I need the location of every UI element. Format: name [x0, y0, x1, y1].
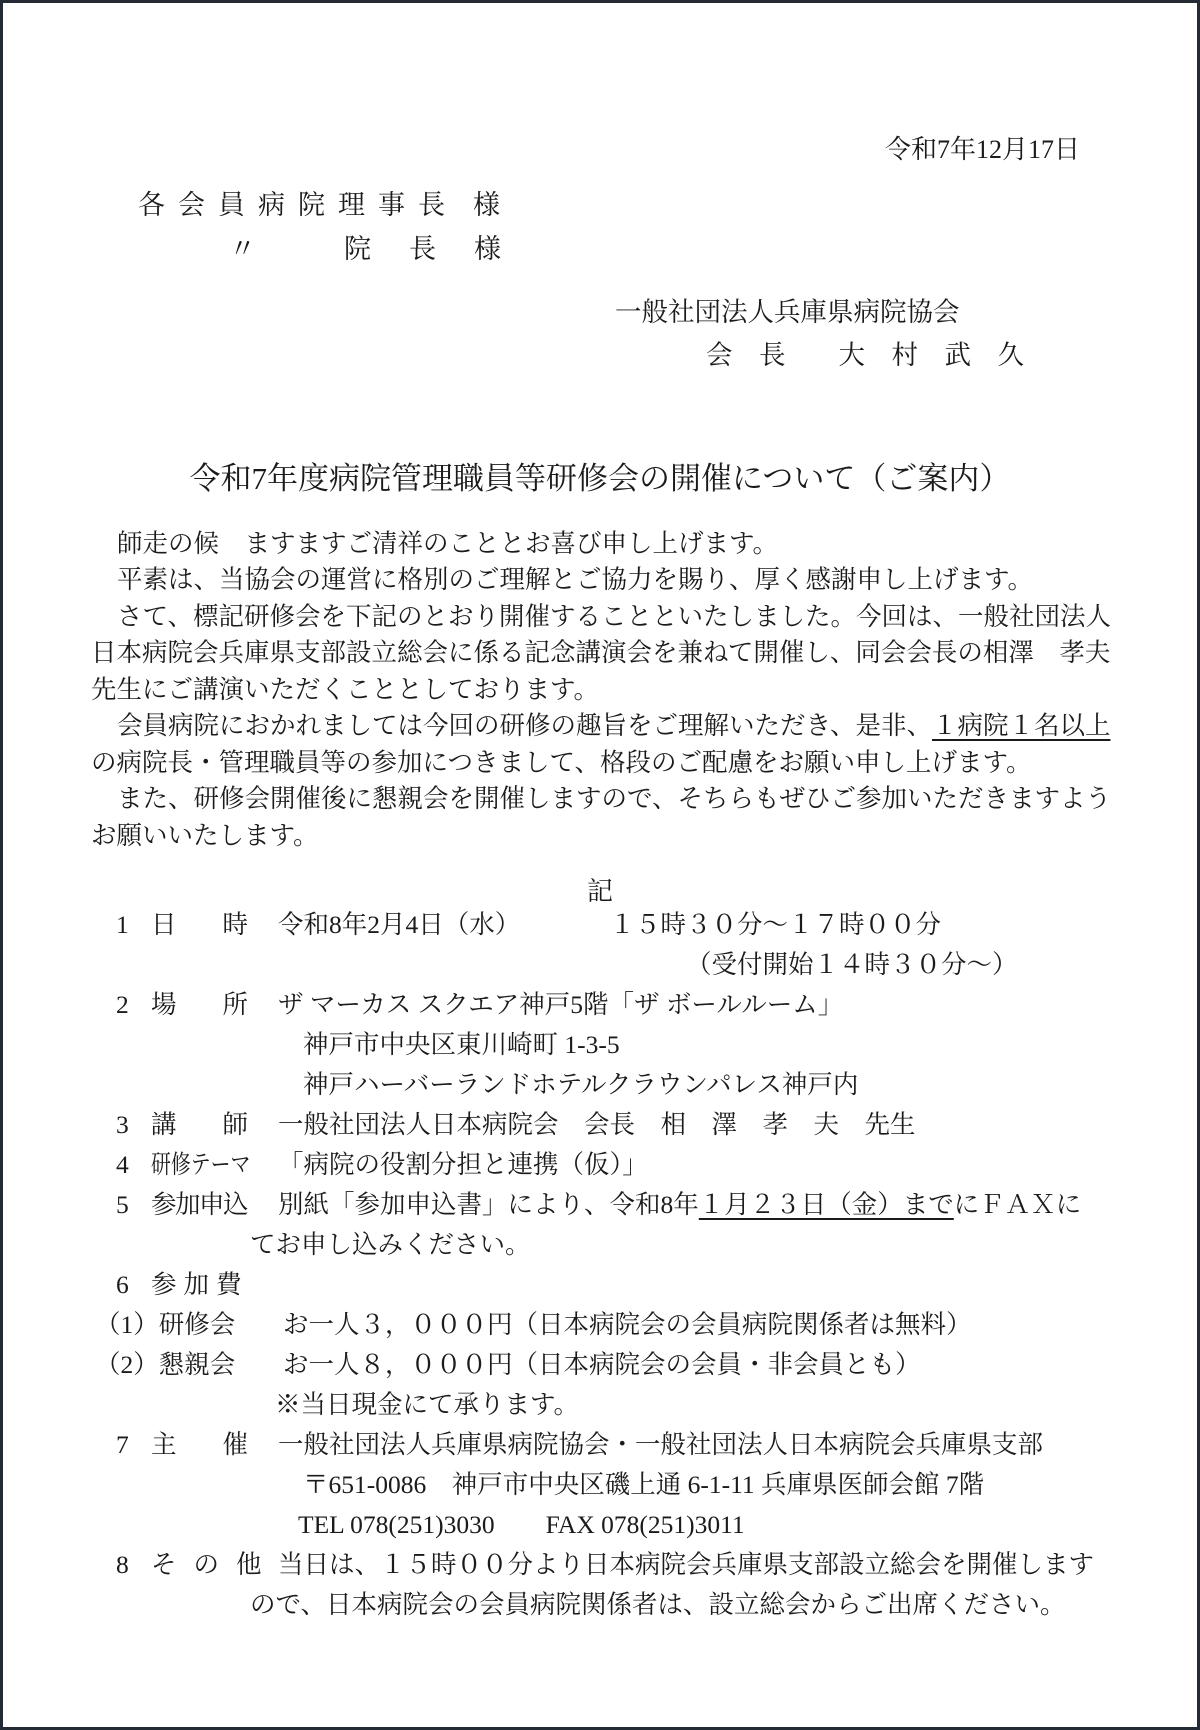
letter-page: 令和7年12月17日 各会員病院理事長様 〃 院長様 一般社団法人兵庫県病院協会…	[0, 0, 1200, 1730]
paragraph-main-line3: 先生にご講演いただくこととしております。	[91, 673, 599, 706]
item-5-content-pre: 別紙「参加申込書」により、令和8年	[278, 1190, 699, 1219]
item-6-sub1-seminar-fee: （1）研修会 お一人３，０００円（日本病院会の会員病院関係者は無料）	[3, 1308, 1197, 1348]
item-5-label: 参加申込	[151, 1188, 247, 1221]
item-7-number: 7	[116, 1428, 129, 1461]
item-3-lecturer: 3 講師 一般社団法人日本病院会 会長 相 澤 孝 夫 先生	[3, 1108, 1197, 1148]
item-1-number: 1	[116, 908, 129, 941]
item-6-number: 6	[116, 1268, 129, 1301]
underlined-deadline: １月２３日（金）まで	[699, 1190, 954, 1219]
item-6-sub2-content: お一人８，０００円（日本病院会の会員・非会員とも）	[283, 1348, 921, 1381]
item-2-address-line1: 神戸市中央区東川崎町 1-3-5	[303, 1028, 620, 1061]
sender-organization: 一般社団法人兵庫県病院協会	[615, 290, 960, 329]
item-2-number: 2	[116, 988, 129, 1021]
paragraph-main-line1: さて、標記研修会を下記のとおり開催することといたしました。今回は、一般社団法人	[117, 600, 1111, 633]
item-8-content: 当日は、１５時００分より日本病院会兵庫県支部設立総会を開催します	[278, 1548, 1094, 1581]
item-5-application: 5 参加申込 別紙「参加申込書」により、令和8年１月２３日（金）までにＦＡＸに	[3, 1188, 1197, 1228]
item-5-content-continuation: てお申し込みください。	[250, 1228, 531, 1261]
item-2-label: 場所	[151, 988, 294, 1021]
ditto-mark: 〃	[229, 227, 256, 266]
item-5-number: 5	[116, 1188, 129, 1221]
item-1-label: 日時	[151, 908, 294, 941]
item-7-label: 主催	[151, 1428, 294, 1461]
item-6-label: 参加費	[151, 1268, 249, 1301]
item-8-content-continuation: ので、日本病院会の会員病院関係者は、設立総会からご出席ください。	[250, 1588, 1066, 1621]
paragraph-request-text: 会員病院におかれましては今回の研修の趣旨をご理解いただき、是非、	[117, 711, 932, 740]
item-4-label: 研修テーマ	[151, 1148, 250, 1181]
item-1-reception-note: （受付開始１４時３０分～）	[686, 948, 1018, 981]
item-4-content: 「病院の役割分担と連携（仮）」	[278, 1148, 648, 1181]
item-6-sub2-label: （2）懇親会	[95, 1348, 235, 1381]
recipient-line1-text: 各会員病院理事長	[138, 190, 458, 220]
item-3-content: 一般社団法人日本病院会 会長 相 澤 孝 夫 先生	[278, 1108, 916, 1141]
recipient-line-1: 各会員病院理事長様	[138, 183, 500, 222]
item-2-content: ザ マーカス スクエア神戸5階「ザ ボールルーム」	[278, 988, 843, 1021]
paragraph-main-line2: 日本病院会兵庫県支部設立総会に係る記念講演会を兼ねて開催し、同会会長の相澤 孝夫	[91, 636, 1110, 669]
item-6-fee: 6 参加費	[3, 1268, 1197, 1308]
item-1-content: 令和8年2月4日（水） １５時３０分～１７時００分	[278, 908, 941, 941]
item-1-datetime: 1 日時 令和8年2月4日（水） １５時３０分～１７時００分	[3, 908, 1197, 948]
paragraph-request-line1: 会員病院におかれましては今回の研修の趣旨をご理解いただき、是非、１病院１名以上	[117, 709, 1111, 742]
item-4-theme: 4 研修テーマ 「病院の役割分担と連携（仮）」	[3, 1148, 1197, 1188]
item-4-number: 4	[116, 1148, 129, 1181]
item-7-organizer: 7 主催 一般社団法人兵庫県病院協会・一般社団法人日本病院会兵庫県支部	[3, 1428, 1197, 1468]
item-7-tel-fax: TEL 078(251)3030 FAX 078(251)3011	[298, 1508, 745, 1541]
item-6-sub1-content: お一人３，０００円（日本病院会の会員病院関係者は無料）	[283, 1308, 972, 1341]
underlined-one-per-hospital: １病院１名以上	[932, 711, 1111, 740]
recipient-line2-text: 院長様	[344, 227, 539, 266]
document-title: 令和7年度病院管理職員等研修会の開催について（ご案内）	[3, 459, 1197, 499]
notice-marker: 記	[3, 871, 1197, 908]
item-6-cash-note: ※当日現金にて承ります。	[275, 1388, 579, 1421]
item-8-number: 8	[116, 1548, 129, 1581]
paragraph-social-line2: お願いいたします。	[91, 819, 318, 852]
item-8-other: 8 その他 当日は、１５時００分より日本病院会兵庫県支部設立総会を開催します	[3, 1548, 1197, 1588]
item-3-number: 3	[116, 1108, 129, 1141]
item-5-content-post: にＦＡＸに	[954, 1190, 1082, 1219]
paragraph-social-line1: また、研修会開催後に懇親会を開催しますので、そちらもぜひご参加いただきますよう	[117, 782, 1111, 815]
item-5-content: 別紙「参加申込書」により、令和8年１月２３日（金）までにＦＡＸに	[278, 1188, 1081, 1221]
item-3-label: 講師	[151, 1108, 294, 1141]
item-2-place: 2 場所 ザ マーカス スクエア神戸5階「ザ ボールルーム」	[3, 988, 1197, 1028]
item-2-address-line2: 神戸ハーバーランドホテルクラウンパレス神戸内	[303, 1068, 858, 1101]
item-7-content: 一般社団法人兵庫県病院協会・一般社団法人日本病院会兵庫県支部	[278, 1428, 1043, 1461]
paragraph-greeting-1: 師走の候 ますますご清祥のこととお喜び申し上げます。	[117, 527, 778, 560]
item-6-sub2-party-fee: （2）懇親会 お一人８，０００円（日本病院会の会員・非会員とも）	[3, 1348, 1197, 1388]
paragraph-greeting-2: 平素は、当協会の運営に格別のご理解とご協力を賜り、厚く感謝申し上げます。	[117, 563, 1033, 596]
item-6-sub1-label: （1）研修会	[95, 1308, 235, 1341]
recipient-line1-honorific: 様	[473, 190, 500, 220]
document-date: 令和7年12月17日	[885, 133, 1080, 167]
item-7-address: 〒651-0086 神戸市中央区磯上通 6-1-11 兵庫県医師会館 7階	[303, 1468, 984, 1501]
paragraph-request-line2: の病院長・管理職員等の参加につきまして、格段のご配慮をお願い申し上げます。	[91, 746, 1031, 779]
item-8-label: その他	[151, 1548, 279, 1581]
sender-chairman: 会 長 大 村 武 久	[706, 333, 1024, 372]
